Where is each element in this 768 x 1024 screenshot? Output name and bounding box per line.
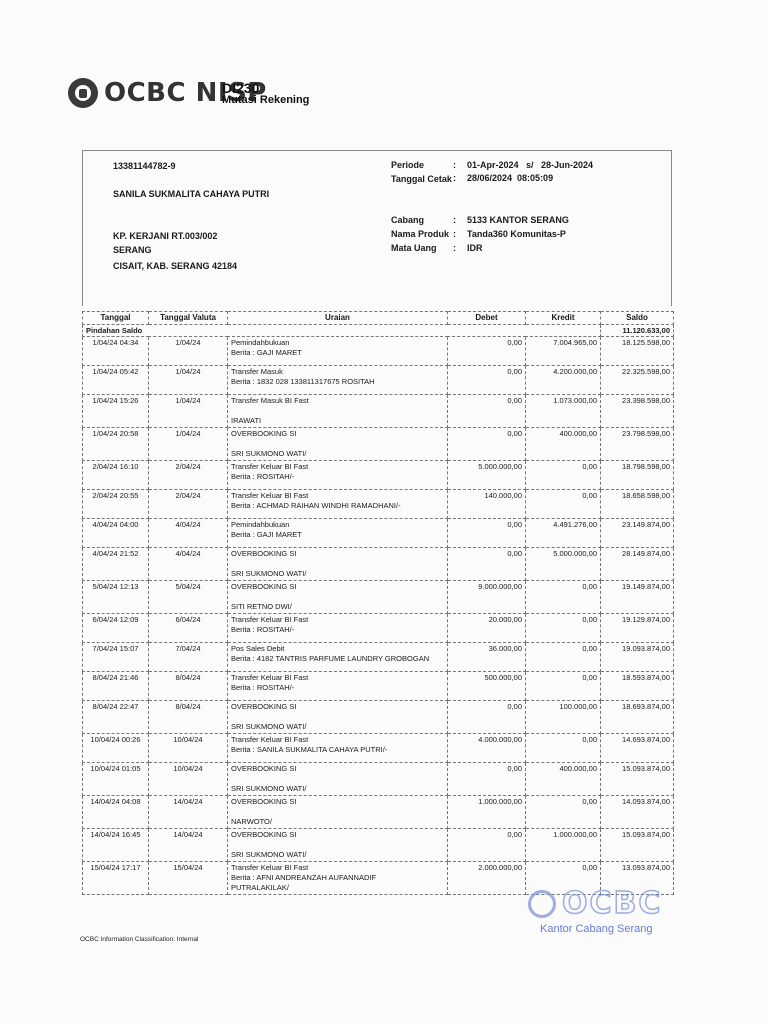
- description-line: [231, 774, 444, 784]
- description-line: Berita : ACHMAD RAIHAN WINDHI RAMADHANI/…: [231, 501, 444, 511]
- header-kredit: Kredit: [526, 312, 601, 325]
- description-line: [231, 559, 444, 569]
- cell-debit: 20.000,00: [448, 614, 526, 643]
- description-line: SITI RETNO DWI/: [231, 602, 444, 612]
- table-row: 1/04/24 20:581/04/24OVERBOOKING SI SRI S…: [83, 428, 674, 461]
- opening-balance-value: 11.120.633,00: [601, 325, 674, 337]
- cell-value-date: 14/04/24: [149, 829, 228, 862]
- description-line: SRI SUKMONO WATI/: [231, 850, 444, 860]
- account-info-box: 13381144782-9 SANILA SUKMALITA CAHAYA PU…: [82, 150, 672, 306]
- table-row: 2/04/24 16:102/04/24Transfer Keluar BI F…: [83, 461, 674, 490]
- mata-uang-value: IDR: [467, 243, 483, 253]
- header-tanggal: Tanggal: [83, 312, 149, 325]
- tanggal-cetak-row: Tanggal Cetak:28/06/2024 08:05:09: [391, 173, 553, 185]
- table-row: 10/04/24 01:0510/04/24OVERBOOKING SI SRI…: [83, 763, 674, 796]
- cell-balance: 23.149.874,00: [601, 519, 674, 548]
- description-line: Transfer Keluar BI Fast: [231, 863, 444, 873]
- cell-date: 1/04/24 15:26: [83, 395, 149, 428]
- cell-balance: 23.398.598,00: [601, 395, 674, 428]
- table-row: 4/04/24 04:004/04/24PemindahbukuanBerita…: [83, 519, 674, 548]
- stamp-brand: OCBC: [562, 886, 662, 921]
- table-header-row: Tanggal Tanggal Valuta Uraian Debet Kred…: [83, 312, 674, 325]
- cell-date: 1/04/24 05:42: [83, 366, 149, 395]
- mata-uang-label: Mata Uang: [391, 243, 453, 253]
- description-line: OVERBOOKING SI: [231, 702, 444, 712]
- description-line: [231, 712, 444, 722]
- cell-debit: 0,00: [448, 701, 526, 734]
- cell-value-date: 1/04/24: [149, 395, 228, 428]
- description-line: SRI SUKMONO WATI/: [231, 569, 444, 579]
- cell-description: Transfer Keluar BI FastBerita : ACHMAD R…: [228, 490, 448, 519]
- table-row: 2/04/24 20:552/04/24Transfer Keluar BI F…: [83, 490, 674, 519]
- produk-label: Nama Produk: [391, 229, 453, 239]
- cell-credit: 0,00: [526, 461, 601, 490]
- cell-description: Transfer Masuk BI Fast IRAWATI: [228, 395, 448, 428]
- cell-date: 1/04/24 04:34: [83, 337, 149, 366]
- header-uraian: Uraian: [228, 312, 448, 325]
- cell-credit: 0,00: [526, 490, 601, 519]
- periode-label: Periode: [391, 160, 453, 170]
- produk-value: Tanda360 Komunitas-P: [467, 229, 566, 239]
- cell-description: Transfer MasukBerita : 1832 028 13381131…: [228, 366, 448, 395]
- description-line: Transfer Masuk BI Fast: [231, 396, 444, 406]
- cell-balance: 15.093.874,00: [601, 829, 674, 862]
- cell-balance: 18.125.598,00: [601, 337, 674, 366]
- table-row: 14/04/24 04:0814/04/24OVERBOOKING SI NAR…: [83, 796, 674, 829]
- cell-debit: 0,00: [448, 763, 526, 796]
- cell-value-date: 2/04/24: [149, 461, 228, 490]
- cell-description: OVERBOOKING SI NARWOTO/: [228, 796, 448, 829]
- cell-date: 15/04/24 17:17: [83, 862, 149, 895]
- description-line: Transfer Keluar BI Fast: [231, 615, 444, 625]
- cell-credit: 4.200.000,00: [526, 366, 601, 395]
- cell-date: 2/04/24 16:10: [83, 461, 149, 490]
- cell-balance: 28.149.874,00: [601, 548, 674, 581]
- description-line: OVERBOOKING SI: [231, 429, 444, 439]
- description-line: Pos Sales Debit: [231, 644, 444, 654]
- cell-credit: 0,00: [526, 796, 601, 829]
- branch-stamp: OCBC Kantor Cabang Serang: [528, 886, 662, 935]
- cell-date: 7/04/24 15:07: [83, 643, 149, 672]
- cabang-row: Cabang:5133 KANTOR SERANG: [391, 215, 569, 225]
- cell-debit: 0,00: [448, 366, 526, 395]
- table-row: 14/04/24 16:4514/04/24OVERBOOKING SI SRI…: [83, 829, 674, 862]
- description-line: Berita : 1832 028 133811317675 ROSITAH: [231, 377, 444, 387]
- cell-credit: 5.000.000,00: [526, 548, 601, 581]
- cell-value-date: 1/04/24: [149, 428, 228, 461]
- cell-credit: 0,00: [526, 643, 601, 672]
- cell-debit: 1.000.000,00: [448, 796, 526, 829]
- cell-value-date: 4/04/24: [149, 519, 228, 548]
- cell-debit: 0,00: [448, 395, 526, 428]
- cell-description: Pos Sales DebitBerita : 4182 TANTRIS PAR…: [228, 643, 448, 672]
- cell-balance: 23.798.598,00: [601, 428, 674, 461]
- periode-row: Periode:01-Apr-2024 s/ 28-Jun-2024: [391, 160, 593, 170]
- description-line: SRI SUKMONO WATI/: [231, 784, 444, 794]
- cell-credit: 0,00: [526, 581, 601, 614]
- cell-balance: 18.693.874,00: [601, 701, 674, 734]
- cell-debit: 0,00: [448, 337, 526, 366]
- table-row: 7/04/24 15:077/04/24Pos Sales DebitBerit…: [83, 643, 674, 672]
- tanggal-cetak-label: Tanggal Cetak: [391, 173, 453, 185]
- cabang-value: 5133 KANTOR SERANG: [467, 215, 569, 225]
- description-line: Transfer Masuk: [231, 367, 444, 377]
- cell-debit: 140.000,00: [448, 490, 526, 519]
- description-line: Berita : 4182 TANTRIS PARFUME LAUNDRY GR…: [231, 654, 444, 664]
- cell-value-date: 1/04/24: [149, 337, 228, 366]
- cell-description: PemindahbukuanBerita : GAJI MARET: [228, 519, 448, 548]
- description-line: OVERBOOKING SI: [231, 797, 444, 807]
- description-line: [231, 439, 444, 449]
- description-line: SRI SUKMONO WATI/: [231, 449, 444, 459]
- transactions-table: Tanggal Tanggal Valuta Uraian Debet Kred…: [82, 311, 674, 895]
- cell-date: 10/04/24 01:05: [83, 763, 149, 796]
- cell-date: 6/04/24 12:09: [83, 614, 149, 643]
- cell-value-date: 10/04/24: [149, 734, 228, 763]
- cell-debit: 2.000.000,00: [448, 862, 526, 895]
- cell-balance: 15.093.874,00: [601, 763, 674, 796]
- cell-date: 14/04/24 04:08: [83, 796, 149, 829]
- description-line: Berita : GAJI MARET: [231, 348, 444, 358]
- description-line: Berita : ROSITAH/-: [231, 625, 444, 635]
- cell-value-date: 4/04/24: [149, 548, 228, 581]
- cell-value-date: 2/04/24: [149, 490, 228, 519]
- description-line: OVERBOOKING SI: [231, 549, 444, 559]
- cell-balance: 18.593.874,00: [601, 672, 674, 701]
- cell-credit: 0,00: [526, 672, 601, 701]
- address-line-2: SERANG: [113, 245, 152, 255]
- description-line: Transfer Keluar BI Fast: [231, 462, 444, 472]
- cell-description: OVERBOOKING SI SRI SUKMONO WATI/: [228, 829, 448, 862]
- header-saldo: Saldo: [601, 312, 674, 325]
- cell-description: OVERBOOKING SI SRI SUKMONO WATI/: [228, 428, 448, 461]
- header-debet: Debet: [448, 312, 526, 325]
- cell-value-date: 7/04/24: [149, 643, 228, 672]
- cell-credit: 100.000,00: [526, 701, 601, 734]
- cell-value-date: 8/04/24: [149, 701, 228, 734]
- description-line: NARWOTO/: [231, 817, 444, 827]
- cell-debit: 500.000,00: [448, 672, 526, 701]
- description-line: OVERBOOKING SI: [231, 830, 444, 840]
- table-row: 1/04/24 04:341/04/24PemindahbukuanBerita…: [83, 337, 674, 366]
- cell-debit: 9.000.000,00: [448, 581, 526, 614]
- cell-debit: 0,00: [448, 428, 526, 461]
- cell-date: 8/04/24 21:46: [83, 672, 149, 701]
- description-line: OVERBOOKING SI: [231, 764, 444, 774]
- cell-balance: 19.093.874,00: [601, 643, 674, 672]
- description-line: Berita : GAJI MARET: [231, 530, 444, 540]
- description-line: OVERBOOKING SI: [231, 582, 444, 592]
- description-line: Berita : ROSITAH/-: [231, 683, 444, 693]
- cell-debit: 0,00: [448, 519, 526, 548]
- cell-date: 1/04/24 20:58: [83, 428, 149, 461]
- cell-value-date: 8/04/24: [149, 672, 228, 701]
- mata-uang-row: Mata Uang:IDR: [391, 243, 483, 253]
- cell-date: 4/04/24 21:52: [83, 548, 149, 581]
- table-row: 10/04/24 00:2610/04/24Transfer Keluar BI…: [83, 734, 674, 763]
- opening-balance-label: Pindahan Saldo: [83, 325, 601, 337]
- account-number: 13381144782-9: [113, 161, 176, 171]
- cell-credit: 400.000,00: [526, 763, 601, 796]
- cell-value-date: 10/04/24: [149, 763, 228, 796]
- tanggal-cetak-value: 28/06/2024 08:05:09: [467, 173, 553, 183]
- cell-balance: 19.149.874,00: [601, 581, 674, 614]
- cell-credit: 4.491.276,00: [526, 519, 601, 548]
- cell-description: OVERBOOKING SI SITI RETNO DWI/: [228, 581, 448, 614]
- cell-credit: 7.004.965,00: [526, 337, 601, 366]
- cell-balance: 14.093.874,00: [601, 796, 674, 829]
- cell-date: 10/04/24 00:26: [83, 734, 149, 763]
- cell-value-date: 1/04/24: [149, 366, 228, 395]
- cell-description: OVERBOOKING SI SRI SUKMONO WATI/: [228, 548, 448, 581]
- cell-description: Transfer Keluar BI FastBerita : ROSITAH/…: [228, 461, 448, 490]
- table-row: 6/04/24 12:096/04/24Transfer Keluar BI F…: [83, 614, 674, 643]
- header-tanggal-valuta: Tanggal Valuta: [149, 312, 228, 325]
- description-line: Pemindahbukuan: [231, 338, 444, 348]
- table-row: 5/04/24 12:135/04/24OVERBOOKING SI SITI …: [83, 581, 674, 614]
- stamp-branch-label: Kantor Cabang Serang: [540, 923, 662, 935]
- description-line: [231, 807, 444, 817]
- opening-balance-row: Pindahan Saldo 11.120.633,00: [83, 325, 674, 337]
- cell-credit: 0,00: [526, 734, 601, 763]
- cell-date: 4/04/24 04:00: [83, 519, 149, 548]
- cell-credit: 0,00: [526, 614, 601, 643]
- stamp-logo-icon: [528, 890, 556, 918]
- cell-value-date: 14/04/24: [149, 796, 228, 829]
- cell-value-date: 5/04/24: [149, 581, 228, 614]
- cell-debit: 4.000.000,00: [448, 734, 526, 763]
- cell-debit: 5.000.000,00: [448, 461, 526, 490]
- cell-date: 14/04/24 16:45: [83, 829, 149, 862]
- cell-date: 8/04/24 22:47: [83, 701, 149, 734]
- description-line: IRAWATI: [231, 416, 444, 426]
- table-row: 8/04/24 21:468/04/24Transfer Keluar BI F…: [83, 672, 674, 701]
- document-title: Mutasi Rekening: [222, 94, 309, 106]
- cell-value-date: 15/04/24: [149, 862, 228, 895]
- table-row: 4/04/24 21:524/04/24OVERBOOKING SI SRI S…: [83, 548, 674, 581]
- produk-row: Nama Produk:Tanda360 Komunitas-P: [391, 229, 566, 239]
- table-row: 1/04/24 15:261/04/24Transfer Masuk BI Fa…: [83, 395, 674, 428]
- description-line: Transfer Keluar BI Fast: [231, 735, 444, 745]
- address-line-3: CISAIT, KAB. SERANG 42184: [113, 261, 237, 271]
- cell-description: PemindahbukuanBerita : GAJI MARET: [228, 337, 448, 366]
- cabang-label: Cabang: [391, 215, 453, 225]
- cell-balance: 22.325.598,00: [601, 366, 674, 395]
- account-holder: SANILA SUKMALITA CAHAYA PUTRI: [113, 189, 269, 199]
- periode-value: 01-Apr-2024 s/ 28-Jun-2024: [467, 160, 593, 170]
- cell-balance: 14.693.874,00: [601, 734, 674, 763]
- cell-balance: 18.658.598,00: [601, 490, 674, 519]
- cell-credit: 400.000,00: [526, 428, 601, 461]
- description-line: Berita : SANILA SUKMALITA CAHAYA PUTRI/-: [231, 745, 444, 755]
- cell-description: OVERBOOKING SI SRI SUKMONO WATI/: [228, 701, 448, 734]
- description-line: Transfer Keluar BI Fast: [231, 673, 444, 683]
- description-line: Pemindahbukuan: [231, 520, 444, 530]
- description-line: Transfer Keluar BI Fast: [231, 491, 444, 501]
- cell-date: 5/04/24 12:13: [83, 581, 149, 614]
- cell-balance: 19.129.874,00: [601, 614, 674, 643]
- cell-description: OVERBOOKING SI SRI SUKMONO WATI/: [228, 763, 448, 796]
- description-line: [231, 406, 444, 416]
- description-line: SRI SUKMONO WATI/: [231, 722, 444, 732]
- cell-debit: 0,00: [448, 548, 526, 581]
- table-row: 8/04/24 22:478/04/24OVERBOOKING SI SRI S…: [83, 701, 674, 734]
- cell-credit: 1.000.000,00: [526, 829, 601, 862]
- cell-balance: 18.798.598,00: [601, 461, 674, 490]
- cell-debit: 36.000,00: [448, 643, 526, 672]
- cell-debit: 0,00: [448, 829, 526, 862]
- description-line: [231, 840, 444, 850]
- ocbc-logo-icon: [68, 78, 98, 108]
- cell-description: Transfer Keluar BI FastBerita : ROSITAH/…: [228, 614, 448, 643]
- table-row: 1/04/24 05:421/04/24Transfer MasukBerita…: [83, 366, 674, 395]
- description-line: PUTRALAKILAK/: [231, 883, 444, 893]
- classification-label: OCBC Information Classification: Interna…: [80, 936, 199, 943]
- cell-credit: 1.073.000,00: [526, 395, 601, 428]
- cell-description: Transfer Keluar BI FastBerita : ROSITAH/…: [228, 672, 448, 701]
- cell-description: Transfer Keluar BI FastBerita : SANILA S…: [228, 734, 448, 763]
- address-line-1: KP. KERJANI RT.003/002: [113, 231, 217, 241]
- description-line: [231, 592, 444, 602]
- cell-value-date: 6/04/24: [149, 614, 228, 643]
- description-line: Berita : AFNI ANDREANZAH AUFANNADIF: [231, 873, 444, 883]
- cell-date: 2/04/24 20:55: [83, 490, 149, 519]
- description-line: Berita : ROSITAH/-: [231, 472, 444, 482]
- cell-description: Transfer Keluar BI FastBerita : AFNI AND…: [228, 862, 448, 895]
